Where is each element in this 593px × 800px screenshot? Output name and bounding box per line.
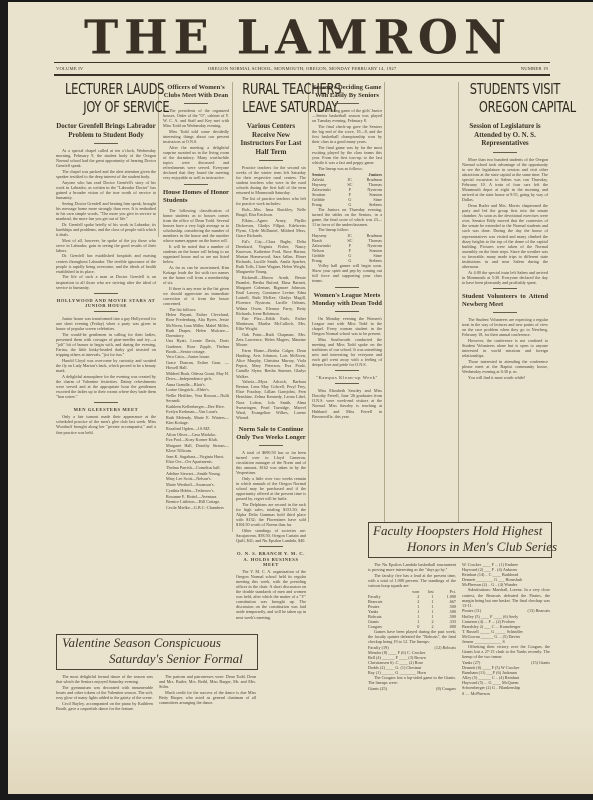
column-divider xyxy=(384,82,385,522)
paragraph: On Monday evening the Women's League met… xyxy=(312,316,382,336)
paragraph: Bernice Littleton—Hill Cottage. xyxy=(163,499,229,504)
lineup-table: SeniorsJuniorsZaleskiJCBradmanHaysenySCT… xyxy=(312,172,382,207)
paragraph: At 4:00 the special train left Salem and… xyxy=(462,270,548,285)
paragraph: Only a little over two weeks remain in w… xyxy=(236,476,306,501)
article-body: Volley ball games will begin soon. Show … xyxy=(312,263,382,283)
paragraph: The list of practice teachers who left f… xyxy=(236,196,306,206)
lineup-table: HaysenyJCBradmanBrashSCThomasZalawinskiF… xyxy=(312,233,382,263)
paragraph: Afton Oliver—Casa Mioloko. xyxy=(163,432,229,437)
paragraph: Jean K. Sugahara—Virginia Hurst. xyxy=(163,454,229,459)
article-body: The Juniors on Thursday evening, turned … xyxy=(312,207,382,233)
column-divider xyxy=(308,82,309,522)
paragraph: However, the conference is not confined … xyxy=(462,338,548,358)
article-body: The presidents of the organized houses, … xyxy=(163,108,229,181)
divider xyxy=(94,311,118,312)
divider xyxy=(259,160,283,161)
paragraph: After the meeting a delightful surprise … xyxy=(163,145,229,181)
paragraph: A total of $690.50 has so far been turne… xyxy=(236,450,306,475)
article-body: Miss Elizabeth Sawdey and Miss Dorothy F… xyxy=(312,388,382,419)
paragraph: Fair Plav—Edith Earls, Esther Martinson,… xyxy=(236,316,306,331)
divider xyxy=(94,402,118,403)
paragraph: Margaret Hall, Dorothy Strauss—Klose Til… xyxy=(163,443,229,453)
paragraph: Ruth Melendy, Marie E. Winters—Kim Kotta… xyxy=(163,415,229,425)
paragraph: The gymnasium was decorated with innumer… xyxy=(56,685,153,700)
paragraph: Volley ball games will begin soon. Show … xyxy=(312,263,382,283)
paragraph: Cecile Mielke—G.B.C.-Chambers xyxy=(163,505,229,510)
paragraph: Elkins—Agnes Arney, Phyllis Dickerson, G… xyxy=(236,218,306,238)
article-body: More than two hundred students of the Or… xyxy=(462,157,548,286)
article-lecturer: LECTURER LAUDS JOY OF SERVICE Doctor Gre… xyxy=(56,80,156,435)
date-line-text: OREGON NORMAL SCHOOL, MONMOUTH, OREGON, … xyxy=(208,66,396,71)
divider xyxy=(184,103,208,104)
paragraph: The deciding game of the girls' Junior—S… xyxy=(312,108,382,123)
article-body: The Nu Epsilon Lambda basketball tournam… xyxy=(368,562,550,696)
paragraph: Eva Pool—Kozy Korner Klub. xyxy=(163,437,229,442)
slogan: "Kampus Klean-up Week" xyxy=(312,375,382,380)
paragraph: The would-be gentlemen in calling for th… xyxy=(56,332,156,357)
article-capital: STUDENTS VISIT OREGON CAPITAL Session of… xyxy=(462,80,548,381)
paragraph: Dr. Grenfell has established hospitals a… xyxy=(56,253,156,273)
article-body: Practice teachers for the second six wee… xyxy=(236,165,306,420)
paragraph: Adeline Stewart—Smith-Young. xyxy=(163,471,229,476)
divider xyxy=(335,370,359,371)
issue-number: NUMBER 19 xyxy=(521,66,548,71)
article-body: On Monday evening the Women's League met… xyxy=(312,316,382,368)
article-body: A total of $690.50 has so far been turne… xyxy=(236,450,306,543)
paragraph: Bols—Mrs. Irma Barckley, Nelle Brugil, E… xyxy=(236,207,306,217)
paragraph: The lineup was as follows: xyxy=(312,166,382,171)
paragraph: It will be noted that a number of studen… xyxy=(163,244,229,264)
paragraph: Anna Grandle—Blair's. xyxy=(163,382,229,387)
lineup: HaysenyJCBradmanBrashSCThomasZalawinskiF… xyxy=(312,233,382,263)
paragraph: The chapel was packed and the alert atte… xyxy=(56,169,156,179)
paragraph: The list follows: xyxy=(163,307,229,312)
paragraph: Offsetting their victory over the Cougar… xyxy=(462,644,550,659)
article-body: Junior house was transformed into a gay … xyxy=(56,316,156,399)
paragraph: Seeing Doctor Grenfell and hearing him s… xyxy=(56,201,156,221)
article-body: Only a fair turnout made their appearanc… xyxy=(56,414,156,434)
headline: Officers of Women's Clubs Meet With Dean xyxy=(163,84,229,100)
paragraph: Elsie Orr—Orr Apartments. xyxy=(163,459,229,464)
headline: LEAVE SATURDAY xyxy=(242,98,299,116)
divider xyxy=(335,287,359,288)
paragraph: The most delightful formal dance of the … xyxy=(56,674,153,684)
paragraph: The lineup follow: xyxy=(312,227,382,232)
paragraph: Valsetz—Myra Adcock, Barbara Benton, Len… xyxy=(236,379,306,420)
game-lineup: Faculty (19)(12) BobcatsMendor (8) ____ … xyxy=(368,645,456,676)
paragraph: The Student Volunteers are expecting a r… xyxy=(462,317,548,337)
headline: Honors in Men's Club Series xyxy=(369,539,551,555)
paragraph: Games have been played during the past w… xyxy=(368,629,456,644)
paragraph: Roxanne E. Hottel—Aventara. xyxy=(163,494,229,499)
paragraph: Thelma Parrish—Cornelius hall. xyxy=(163,465,229,470)
paragraph: Kathleen Kellenberger—Bee Hive. xyxy=(163,404,229,409)
newspaper-title: THE LAMRON xyxy=(48,12,548,63)
paragraph: Vera Catto—Junior house. xyxy=(163,354,229,359)
headline: Student Volunteers to Attend Newberg Mee… xyxy=(462,293,548,309)
article-body: The following classification of honor st… xyxy=(163,208,229,312)
article-body: The Student Volunteers are expecting a r… xyxy=(462,317,548,380)
column-divider xyxy=(232,82,233,532)
paragraph: The faculty five has a lead at the prese… xyxy=(368,573,456,588)
article-body: The deciding game of the girls' Junior—S… xyxy=(312,108,382,171)
headline: OREGON CAPITAL xyxy=(479,98,541,116)
volume-label: VOLUME IV xyxy=(56,66,83,71)
paragraph: Nellie Heifiker, Vera Rosson—Nulli Secun… xyxy=(163,393,229,403)
paragraph: Grace Duncan, Esther Gran, —Howell Hall. xyxy=(163,360,229,370)
headline: Saturday's Senior Formal xyxy=(57,651,257,667)
paragraph: Most of all, however, he spoke of the jo… xyxy=(56,238,156,253)
masthead: THE LAMRON xyxy=(48,12,548,62)
divider xyxy=(335,383,359,384)
paragraph: Oak Point—Ruth Chapman, Mrs. Zeta Lawren… xyxy=(236,332,306,347)
paragraph: Lorine Gingrich—Elder's. xyxy=(163,387,229,392)
paragraph: As far as can be ascertained, Kim Kottag… xyxy=(163,265,229,285)
article-body: The Y. M. C. A. organization of the Oreg… xyxy=(236,569,306,620)
headline: Season's Deciding Game Won Easily By Sen… xyxy=(312,84,382,100)
paragraph: Practice teachers for the second six wee… xyxy=(236,165,306,196)
divider xyxy=(493,152,517,153)
paragraph: You will find it most worth while! xyxy=(462,375,548,380)
divider xyxy=(259,445,283,446)
paragraph: Marie Werthoff—Swanson's. xyxy=(163,482,229,487)
divider xyxy=(493,312,517,313)
article-rural: RURAL TEACHERS LEAVE SATURDAY Various Ce… xyxy=(236,80,306,620)
article-deck: Session of Legislature is Attended by O.… xyxy=(462,122,548,148)
divider xyxy=(335,103,359,104)
headline-box-valentine: Valentine Season Conspicuous Saturday's … xyxy=(56,634,258,670)
headline: LECTURER LAUDS xyxy=(65,80,147,98)
article-body: The most delightful formal dance of the … xyxy=(56,674,256,711)
paragraph: Substitutions: Marshall, Lorenz. In a ve… xyxy=(462,587,550,607)
paragraph: Much credit for the success of the dance… xyxy=(159,690,256,705)
newspaper-page: THE LAMRON VOLUME IV OREGON NORMAL SCHOO… xyxy=(8,2,593,794)
masthead-rule-top xyxy=(54,62,550,63)
paragraph: Mary Lee Scott—Nelson's. xyxy=(163,476,229,481)
headline: House Homes of Honor Students xyxy=(163,189,229,205)
paragraph: Cecil Bayley, accompanied on the piano b… xyxy=(56,701,153,711)
paragraph: A delightful atmosphere for the evening … xyxy=(56,374,156,399)
article-seniors: Season's Deciding Game Won Easily By Sen… xyxy=(312,80,382,419)
game-lineup: Pirates (11)(13) BearcatsHoffey (5) ____… xyxy=(462,608,550,644)
column-divider xyxy=(458,82,459,522)
paragraph: If there is any error in the list given … xyxy=(163,286,229,306)
headline: RURAL TEACHERS xyxy=(242,80,299,98)
divider xyxy=(335,311,359,312)
paragraph: The Juniors on Thursday evening, turned … xyxy=(312,207,382,227)
paragraph: Harold Lloyd was overcome by curiosity a… xyxy=(56,358,156,373)
paragraph: Miss Todd told some decidedly interestin… xyxy=(163,129,229,144)
divider xyxy=(94,293,118,294)
headline: O. N. S. BRANCH Y. M. C. A. HOLDS BUSINE… xyxy=(236,551,306,566)
headline: MEN GLEESTERS MEET xyxy=(56,407,156,412)
headline: Valentine Season Conspicuous xyxy=(57,635,257,651)
standings-table: wonlostPct.Faculty211.000Bearcats21.667P… xyxy=(368,589,456,629)
paragraph: The following classification of honor st… xyxy=(163,208,229,244)
honor-list: Helen Bryant, Esther Cleveland, Rose Fre… xyxy=(163,312,229,510)
paragraph: The patrons and patronesses were: Dean T… xyxy=(159,674,256,689)
paragraph: Fal's City—Clara Bagby, Delta Drenkard, … xyxy=(236,239,306,275)
paragraph: Farm Home—Bertha Calger, Dean Harding, A… xyxy=(236,348,306,379)
paragraph: Dr. Grenfell spoke briefly of his work i… xyxy=(56,222,156,237)
paragraph: Mildred Bush, Odessa Grant, May H. Dews—… xyxy=(163,371,229,381)
paragraph: Junior house was transformed into a gay … xyxy=(56,316,156,331)
paragraph: Rickreall—Elnora Arndt, Bessie Bramlet, … xyxy=(236,275,306,316)
paragraph: Rosalind Ogden—J.S.MZ. xyxy=(163,426,229,431)
masthead-rule-bottom xyxy=(54,74,550,76)
article-deck: Doctor Grenfell Brings Labrador Problem … xyxy=(56,122,156,139)
paragraph: More than two hundred students of the Or… xyxy=(462,157,548,203)
paragraph: The presidents of the organized houses, … xyxy=(163,108,229,128)
article-officers: Officers of Women's Clubs Meet With Dean… xyxy=(163,80,229,511)
article-deck: Various Centers Receive New Instructors … xyxy=(236,122,306,156)
lineup: SeniorsJuniorsZaleskiJCBradmanHaysenySCT… xyxy=(312,172,382,207)
headline: Faculty Hoopsters Hold Highest xyxy=(369,523,551,539)
paragraph: Other standings of societies are: Sacaja… xyxy=(236,528,306,543)
paragraph: Dean Butler and Mrs. Morris chaperoned t… xyxy=(462,203,548,269)
paragraph: At a special chapel called at ten o'cloc… xyxy=(56,148,156,168)
paragraph: The final game was by far the most excit… xyxy=(312,145,382,165)
paragraph: Those interested in attending the confer… xyxy=(462,359,548,374)
paragraph: Evelyn Krekman—Van Loan's. xyxy=(163,409,229,414)
article-hoopsters: The Nu Epsilon Lambda basketball tournam… xyxy=(368,562,550,696)
paragraph: The Nu Epsilon Lambda basketball tournam… xyxy=(368,562,456,572)
headline: Women's League Meets Monday with Dean To… xyxy=(312,292,382,308)
headline: Norm Sale to Continue Only Two Weeks Lon… xyxy=(236,426,306,442)
article-body: At a special chapel called at ten o'cloc… xyxy=(56,148,156,290)
divider xyxy=(94,143,118,144)
headline: STUDENTS VISIT xyxy=(470,80,541,98)
divider xyxy=(184,184,208,185)
paragraph: The Delphians are second in the rack for… xyxy=(236,502,306,527)
paragraph: The final check-up gave the Seniors the … xyxy=(312,124,382,144)
article-valentine: The most delightful formal dance of the … xyxy=(56,674,256,711)
game-lineup: Yanks (27)(15) GiantsDennett (6) ____ F … xyxy=(462,660,550,696)
paragraph: Helen Bryant, Esther Cleveland, Rose Fre… xyxy=(163,312,229,337)
divider xyxy=(259,546,283,547)
headline: JOY OF SERVICE xyxy=(83,98,149,116)
headline-box-hoopsters: Faculty Hoopsters Hold Highest Honors in… xyxy=(368,522,552,558)
headline: HOLLYWOOD AND MOVIE STARS AT JUNIOR HOUS… xyxy=(56,298,156,308)
paragraph: The life of such a man as Doctor Grenfel… xyxy=(56,274,156,289)
dateline: VOLUME IV OREGON NORMAL SCHOOL, MONMOUTH… xyxy=(56,66,548,71)
paragraph: The Y. M. C. A. organization of the Oreg… xyxy=(236,569,306,620)
paragraph: Una Hyatt, Leonie Davis, Doris Gardener,… xyxy=(163,338,229,353)
paragraph: The Cougars lost a lop-sided game to the… xyxy=(368,675,456,685)
divider xyxy=(493,288,517,289)
paragraph: Miss Southworth conducted the meeting an… xyxy=(312,337,382,368)
paragraph: Cynthia Hobbs—Tetherow's. xyxy=(163,488,229,493)
paragraph: Anyone who has read Doctor Grenfell's st… xyxy=(56,180,156,200)
